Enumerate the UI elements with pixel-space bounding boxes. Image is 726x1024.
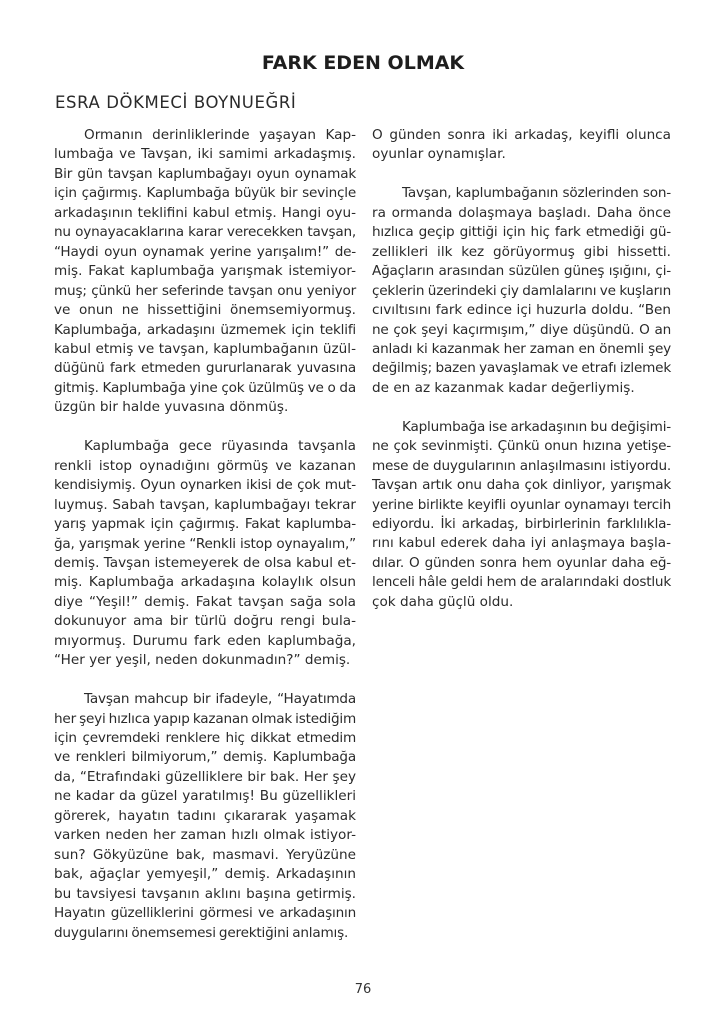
page-title: FARK EDEN OLMAK bbox=[0, 52, 726, 74]
text-line: çeklerin üzerindeki çiy damlalarını ve k… bbox=[372, 282, 671, 301]
text-line: “Haydi oyun oynamak yerine yarışalım!” d… bbox=[54, 243, 356, 262]
text-line: kabul etmiş ve tavşan, kaplumbağanın üzü… bbox=[54, 340, 356, 359]
text-line: Hayatın güzelliklerini görmesi ve arkada… bbox=[54, 904, 356, 923]
text-line: Kaplumbağa gece rüyasında tavşanla bbox=[54, 437, 356, 456]
text-line: düğünü fark etmeden gururlanarak yuvasın… bbox=[54, 359, 356, 378]
text-line: yarış yapmak için çağırmış. Fakat kaplum… bbox=[54, 515, 356, 534]
text-line: ğa, yarışmak yerine “Renkli istop oynaya… bbox=[54, 535, 356, 554]
text-line: renkli istop oynadığını görmüş ve kazana… bbox=[54, 457, 356, 476]
text-line: Kaplumbağa, arkadaşını üzmemek için tekl… bbox=[54, 321, 356, 340]
paragraph: Kaplumbağa gece rüyasında tavşanlarenkli… bbox=[54, 437, 356, 670]
text-line: nu oynayacaklarına karar verecekken tavş… bbox=[54, 223, 356, 242]
text-line: ne kadar da güzel yaratılmış! Bu güzelli… bbox=[54, 787, 356, 806]
text-line: bu tavsiyesi tavşanın aklını başına geti… bbox=[54, 885, 356, 904]
text-line: Bir gün tavşan kaplumbağayı oyun oynamak bbox=[54, 165, 356, 184]
text-line: diye “Yeşil!” demiş. Fakat tavşan sağa s… bbox=[54, 593, 356, 612]
text-line: dokunuyor ama bir türlü doğru rengi bula… bbox=[54, 612, 356, 631]
text-line: ediyordu. İki arkadaş, birbirlerinin far… bbox=[372, 515, 671, 534]
right-column: O günden sonra iki arkadaş, keyifli olun… bbox=[372, 126, 671, 632]
text-line: dılar. O günden sonra hem oyunlar daha e… bbox=[372, 554, 671, 573]
text-line: da, “Etrafındaki güzelliklere bir bak. H… bbox=[54, 768, 356, 787]
text-line: luymuş. Sabah tavşan, kaplumbağayı tekra… bbox=[54, 496, 356, 515]
text-line: anladı ki kazanmak her zaman en önemli ş… bbox=[372, 340, 671, 359]
text-line: “Her yer yeşil, neden dokunmadın?” demiş… bbox=[54, 651, 356, 670]
text-line: oyunlar oynamışlar. bbox=[372, 145, 671, 164]
text-line: hızlıca geçip gittiği için hiç fark etme… bbox=[372, 223, 671, 242]
text-line: Ağaçların arasından süzülen güneş ışığın… bbox=[372, 262, 671, 281]
left-column: Ormanın derinliklerinde yaşayan Kap-lumb… bbox=[54, 126, 356, 962]
text-line: ne çok şeyi kaçırmışım,” diye düşündü. O… bbox=[372, 321, 671, 340]
text-line: lenceli hâle geldi hem de aralarındaki d… bbox=[372, 573, 671, 592]
text-line: ve onun ne hissettiğini önemsemiyormuş. bbox=[54, 301, 356, 320]
text-line: ve renkleri bilmiyorum,” demiş. Kaplumba… bbox=[54, 748, 356, 767]
text-line: O günden sonra iki arkadaş, keyifli olun… bbox=[372, 126, 671, 145]
text-line: cıvıltısını fark edince içi huzurla dold… bbox=[372, 301, 671, 320]
text-line: mıyormuş. Durumu fark eden kaplumbağa, bbox=[54, 632, 356, 651]
text-line: demiş. Tavşan istemeyerek de olsa kabul … bbox=[54, 554, 356, 573]
text-line: çok daha güçlü oldu. bbox=[372, 593, 671, 612]
text-line: ra ormanda dolaşmaya başladı. Daha önce bbox=[372, 204, 671, 223]
paragraph: Kaplumbağa ise arkadaşının bu değişimi-n… bbox=[372, 418, 671, 613]
text-line: miş. Fakat kaplumbağa yarışmak istemiyor… bbox=[54, 262, 356, 281]
page-number: 76 bbox=[0, 982, 726, 997]
text-line: değilmiş; bazen yavaşlamak ve etrafı izl… bbox=[372, 359, 671, 378]
text-line: kendisiymiş. Oyun oynarken ikisi de çok … bbox=[54, 476, 356, 495]
text-line: görerek, hayatın tadını çıkararak yaşama… bbox=[54, 807, 356, 826]
text-line: arkadaşının teklifini kabul etmiş. Hangi… bbox=[54, 204, 356, 223]
text-line: duygularını önemsemesi gerektiğini anlam… bbox=[54, 924, 356, 943]
text-line: Tavşan mahcup bir ifadeyle, “Hayatımda bbox=[54, 690, 356, 709]
text-line: zellikleri ilk kez görüyormuş gibi hisse… bbox=[372, 243, 671, 262]
text-line: gitmiş. Kaplumbağa yine çok üzülmüş ve o… bbox=[54, 379, 356, 398]
text-line: her şeyi hızlıca yapıp kazanan olmak ist… bbox=[54, 710, 356, 729]
text-line: üzgün bir halde yuvasına dönmüş. bbox=[54, 398, 356, 417]
text-line: Tavşan artık onu daha çok dinliyor, yarı… bbox=[372, 476, 671, 495]
text-line: de en az kazanmak kadar değerliymiş. bbox=[372, 379, 671, 398]
text-line: rını kabul ederek daha iyi anlaşmaya baş… bbox=[372, 534, 671, 553]
paragraph: Tavşan mahcup bir ifadeyle, “Hayatımdahe… bbox=[54, 690, 356, 943]
text-line: yerine birlikte keyifli oyunlar oynamayı… bbox=[372, 496, 671, 515]
text-line: Tavşan, kaplumbağanın sözlerinden son- bbox=[372, 184, 671, 203]
text-line: Ormanın derinliklerinde yaşayan Kap- bbox=[54, 126, 356, 145]
text-line: bak, ağaçlar yemyeşil,” demiş. Arkadaşın… bbox=[54, 865, 356, 884]
text-line: lumbağa ve Tavşan, iki samimi arkadaşmış… bbox=[54, 145, 356, 164]
text-line: ne çok sevinmişti. Çünkü onun hızına yet… bbox=[372, 437, 671, 456]
paragraph: Tavşan, kaplumbağanın sözlerinden son-ra… bbox=[372, 184, 671, 398]
text-line: miş. Kaplumbağa arkadaşına kolaylık olsu… bbox=[54, 573, 356, 592]
text-line: için çağırmış. Kaplumbağa büyük bir sevi… bbox=[54, 184, 356, 203]
text-line: muş; çünkü her seferinde tavşan onu yeni… bbox=[54, 282, 356, 301]
text-line: sun? Gökyüzüne bak, masmavi. Yeryüzüne bbox=[54, 846, 356, 865]
text-line: için çevremdeki renklere hiç dikkat etme… bbox=[54, 729, 356, 748]
text-line: Kaplumbağa ise arkadaşının bu değişimi- bbox=[372, 418, 671, 437]
author-name: ESRA DÖKMECİ BOYNUEĞRİ bbox=[55, 93, 296, 112]
paragraph: O günden sonra iki arkadaş, keyifli olun… bbox=[372, 126, 671, 165]
text-line: mese de duygularının anlaşılmasını istiy… bbox=[372, 457, 671, 476]
paragraph: Ormanın derinliklerinde yaşayan Kap-lumb… bbox=[54, 126, 356, 418]
text-line: varken neden her zaman hızlı olmak istiy… bbox=[54, 826, 356, 845]
